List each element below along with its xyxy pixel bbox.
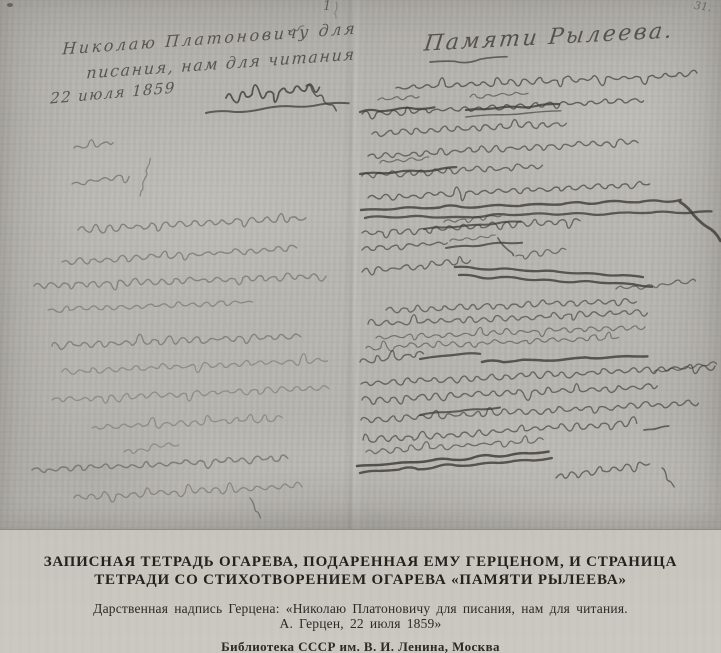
handwriting-stroke bbox=[380, 157, 429, 163]
handwriting-stroke bbox=[396, 70, 697, 89]
handwriting-stroke bbox=[74, 140, 113, 148]
handwriting-stroke bbox=[366, 436, 543, 454]
caption-title-line2: ТЕТРАДИ СО СТИХОТВОРЕНИЕМ ОГАРЕВА «ПАМЯТ… bbox=[0, 571, 721, 589]
flourish-stroke bbox=[644, 426, 669, 430]
handwriting-stroke bbox=[62, 245, 297, 264]
handwriting-stroke bbox=[363, 417, 637, 442]
handwriting-stroke bbox=[226, 84, 319, 102]
handwriting-stroke bbox=[72, 175, 129, 184]
strikethrough-stroke bbox=[446, 243, 522, 248]
caption-credit: Библиотека СССР им. В. И. Ленина, Москва bbox=[0, 639, 721, 653]
strikethrough-stroke bbox=[420, 353, 480, 359]
flourish-stroke bbox=[430, 57, 507, 63]
caption-block: ЗАПИСНАЯ ТЕТРАДЬ ОГАРЕВА, ПОДАРЕННАЯ ЕМУ… bbox=[0, 530, 721, 653]
strikethrough-stroke bbox=[365, 211, 712, 218]
handwriting-stroke bbox=[360, 351, 424, 363]
handwriting-stroke bbox=[368, 182, 650, 201]
handwriting-stroke bbox=[386, 299, 636, 313]
caption-inscription-line1: Дарственная надпись Герцена: «Николаю Пл… bbox=[0, 602, 721, 617]
strikethrough-stroke bbox=[680, 202, 720, 241]
manuscript-photo: 1 31. Николаю Платоновичу для писания, н… bbox=[0, 0, 721, 530]
strikethrough-stroke bbox=[420, 408, 500, 416]
flourish-stroke bbox=[206, 103, 349, 113]
strikethrough-stroke bbox=[455, 267, 643, 277]
handwriting-stroke bbox=[52, 334, 301, 349]
flourish-stroke bbox=[334, 2, 336, 18]
strikethrough-stroke bbox=[360, 107, 434, 112]
handwriting-stroke bbox=[516, 248, 566, 259]
handwriting-stroke bbox=[372, 120, 566, 137]
handwriting-stroke bbox=[78, 214, 306, 233]
handwriting-stroke bbox=[366, 332, 618, 351]
page-number-right: 31. bbox=[693, 0, 712, 14]
caption-title-line1: ЗАПИСНАЯ ТЕТРАДЬ ОГАРЕВА, ПОДАРЕННАЯ ЕМУ… bbox=[0, 553, 721, 571]
handwriting-stroke bbox=[378, 96, 419, 100]
handwriting-stroke bbox=[556, 462, 649, 478]
handwriting-stroke bbox=[250, 498, 261, 518]
caption-inscription: Дарственная надпись Герцена: «Николаю Пл… bbox=[0, 602, 721, 631]
flourish-stroke bbox=[498, 238, 513, 256]
caption-title: ЗАПИСНАЯ ТЕТРАДЬ ОГАРЕВА, ПОДАРЕННАЯ ЕМУ… bbox=[0, 530, 721, 589]
handwriting-stroke bbox=[662, 468, 674, 487]
page-number-left: 1 bbox=[323, 0, 331, 14]
handwriting-stroke bbox=[362, 384, 657, 405]
book-plate-page: 1 31. Николаю Платоновичу для писания, н… bbox=[0, 0, 721, 653]
handwriting-stroke bbox=[52, 386, 329, 403]
handwriting-stroke bbox=[368, 139, 638, 158]
handwriting-stroke bbox=[362, 219, 580, 238]
handwriting-stroke bbox=[361, 365, 715, 386]
handwriting-stroke bbox=[362, 257, 470, 275]
strikethrough-stroke bbox=[459, 275, 652, 287]
handwriting-stroke bbox=[62, 354, 328, 374]
caption-inscription-line2: А. Герцен, 22 июля 1859» bbox=[0, 617, 721, 632]
handwriting-stroke bbox=[92, 414, 282, 428]
handwriting-stroke bbox=[361, 400, 698, 422]
flourish-stroke bbox=[466, 111, 561, 117]
handwriting-stroke bbox=[48, 301, 253, 312]
handwriting-stroke bbox=[124, 443, 179, 454]
handwriting-stroke bbox=[450, 235, 495, 241]
handwriting-stroke bbox=[34, 273, 326, 290]
handwriting-stroke bbox=[362, 242, 447, 250]
handwriting-stroke bbox=[140, 158, 150, 196]
strikethrough-stroke bbox=[361, 200, 681, 210]
handwriting-stroke bbox=[74, 482, 302, 502]
handwriting-stroke bbox=[470, 92, 528, 98]
strikethrough-stroke bbox=[482, 356, 647, 362]
handwriting-stroke bbox=[32, 455, 288, 472]
